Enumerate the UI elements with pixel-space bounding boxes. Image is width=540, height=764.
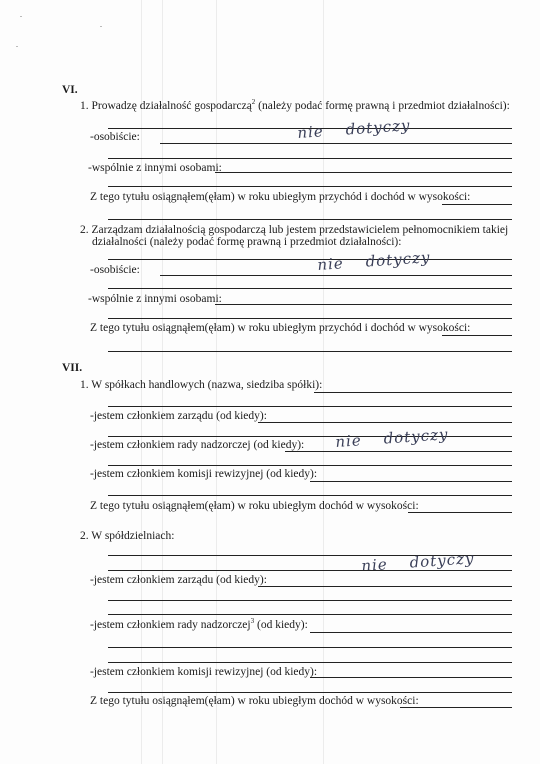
answer-line[interactable] <box>108 570 512 571</box>
scan-fold <box>323 0 324 764</box>
vi-item1-jointly-label: -wspólnie z innymi osobami: <box>88 162 222 175</box>
handwritten-answer: niedotyczy <box>297 116 411 142</box>
answer-line[interactable] <box>442 204 512 205</box>
scan-speck <box>20 16 22 17</box>
answer-line[interactable] <box>215 304 512 305</box>
answer-line[interactable] <box>442 335 512 336</box>
answer-line[interactable] <box>408 512 512 513</box>
answer-line[interactable] <box>108 158 512 159</box>
answer-line[interactable] <box>108 318 512 319</box>
answer-line[interactable] <box>108 351 512 352</box>
answer-line[interactable] <box>160 275 512 276</box>
answer-line[interactable] <box>108 600 512 601</box>
vii-item2-income-label: Z tego tytułu osiągnąłem(ęłam) w roku ub… <box>90 695 419 708</box>
vii-item2-supervisory-label: -jestem członkiem rady nadzorczej3 (od k… <box>90 619 308 632</box>
answer-line[interactable] <box>258 586 512 587</box>
section-vii-heading: VII. <box>62 362 82 374</box>
answer-line[interactable] <box>310 632 512 633</box>
vii-item1-audit-label: -jestem członkiem komisji rewizyjnej (od… <box>90 468 317 481</box>
scan-speck <box>100 26 102 27</box>
answer-line[interactable] <box>258 422 512 423</box>
answer-line[interactable] <box>108 406 512 407</box>
vi-item2-text-line2: działalności (należy podać formę prawną … <box>92 236 401 249</box>
answer-line[interactable] <box>108 692 512 693</box>
vi-item2-income-label: Z tego tytułu osiągnąłem(ęłam) w roku ub… <box>90 322 470 335</box>
handwritten-answer: niedotyczy <box>335 425 449 451</box>
answer-line[interactable] <box>160 143 512 144</box>
answer-line[interactable] <box>108 647 512 648</box>
answer-line[interactable] <box>400 707 512 708</box>
vi-item1-personally-label: -osobiście: <box>90 131 140 144</box>
answer-line[interactable] <box>108 465 512 466</box>
vii-item1-supervisory-label: -jestem członkiem rady nadzorczej (od ki… <box>90 439 304 452</box>
handwritten-answer: niedotyczy <box>361 549 475 575</box>
vii-item2-board-label: -jestem członkiem zarządu (od kiedy): <box>90 574 267 587</box>
vi-item1-income-label: Z tego tytułu osiągnąłem(ęłam) w roku ub… <box>90 191 470 204</box>
vii-item2-audit-label: -jestem członkiem komisji rewizyjnej (od… <box>90 666 317 679</box>
answer-line[interactable] <box>285 451 512 452</box>
vii-item2-text: 2. W spółdzielniach: <box>80 530 174 543</box>
vii-item1-income-label: Z tego tytułu osiągnąłem(ęłam) w roku ub… <box>90 500 419 513</box>
answer-line[interactable] <box>108 219 512 220</box>
answer-line[interactable] <box>310 677 512 678</box>
answer-line[interactable] <box>108 259 512 260</box>
answer-line[interactable] <box>310 481 512 482</box>
answer-line[interactable] <box>215 172 512 173</box>
answer-line[interactable] <box>108 495 512 496</box>
vi-item1-text: 1. Prowadzę działalność gospodarczą2 (na… <box>80 100 510 113</box>
vi-item2-jointly-label: -wspólnie z innymi osobami: <box>88 293 222 306</box>
vi-item2-personally-label: -osobiście: <box>90 264 140 277</box>
vii-item1-text: 1. W spółkach handlowych (nazwa, siedzib… <box>80 379 322 392</box>
section-vi-heading: VI. <box>62 84 78 96</box>
answer-line[interactable] <box>108 436 512 437</box>
answer-line[interactable] <box>108 662 512 663</box>
answer-line[interactable] <box>108 288 512 289</box>
handwritten-answer: niedotyczy <box>317 248 431 274</box>
scan-speck <box>16 46 18 47</box>
answer-line[interactable] <box>108 614 512 615</box>
answer-line[interactable] <box>108 186 512 187</box>
answer-line[interactable] <box>314 392 512 393</box>
vii-item1-board-label: -jestem członkiem zarządu (od kiedy): <box>90 410 267 423</box>
